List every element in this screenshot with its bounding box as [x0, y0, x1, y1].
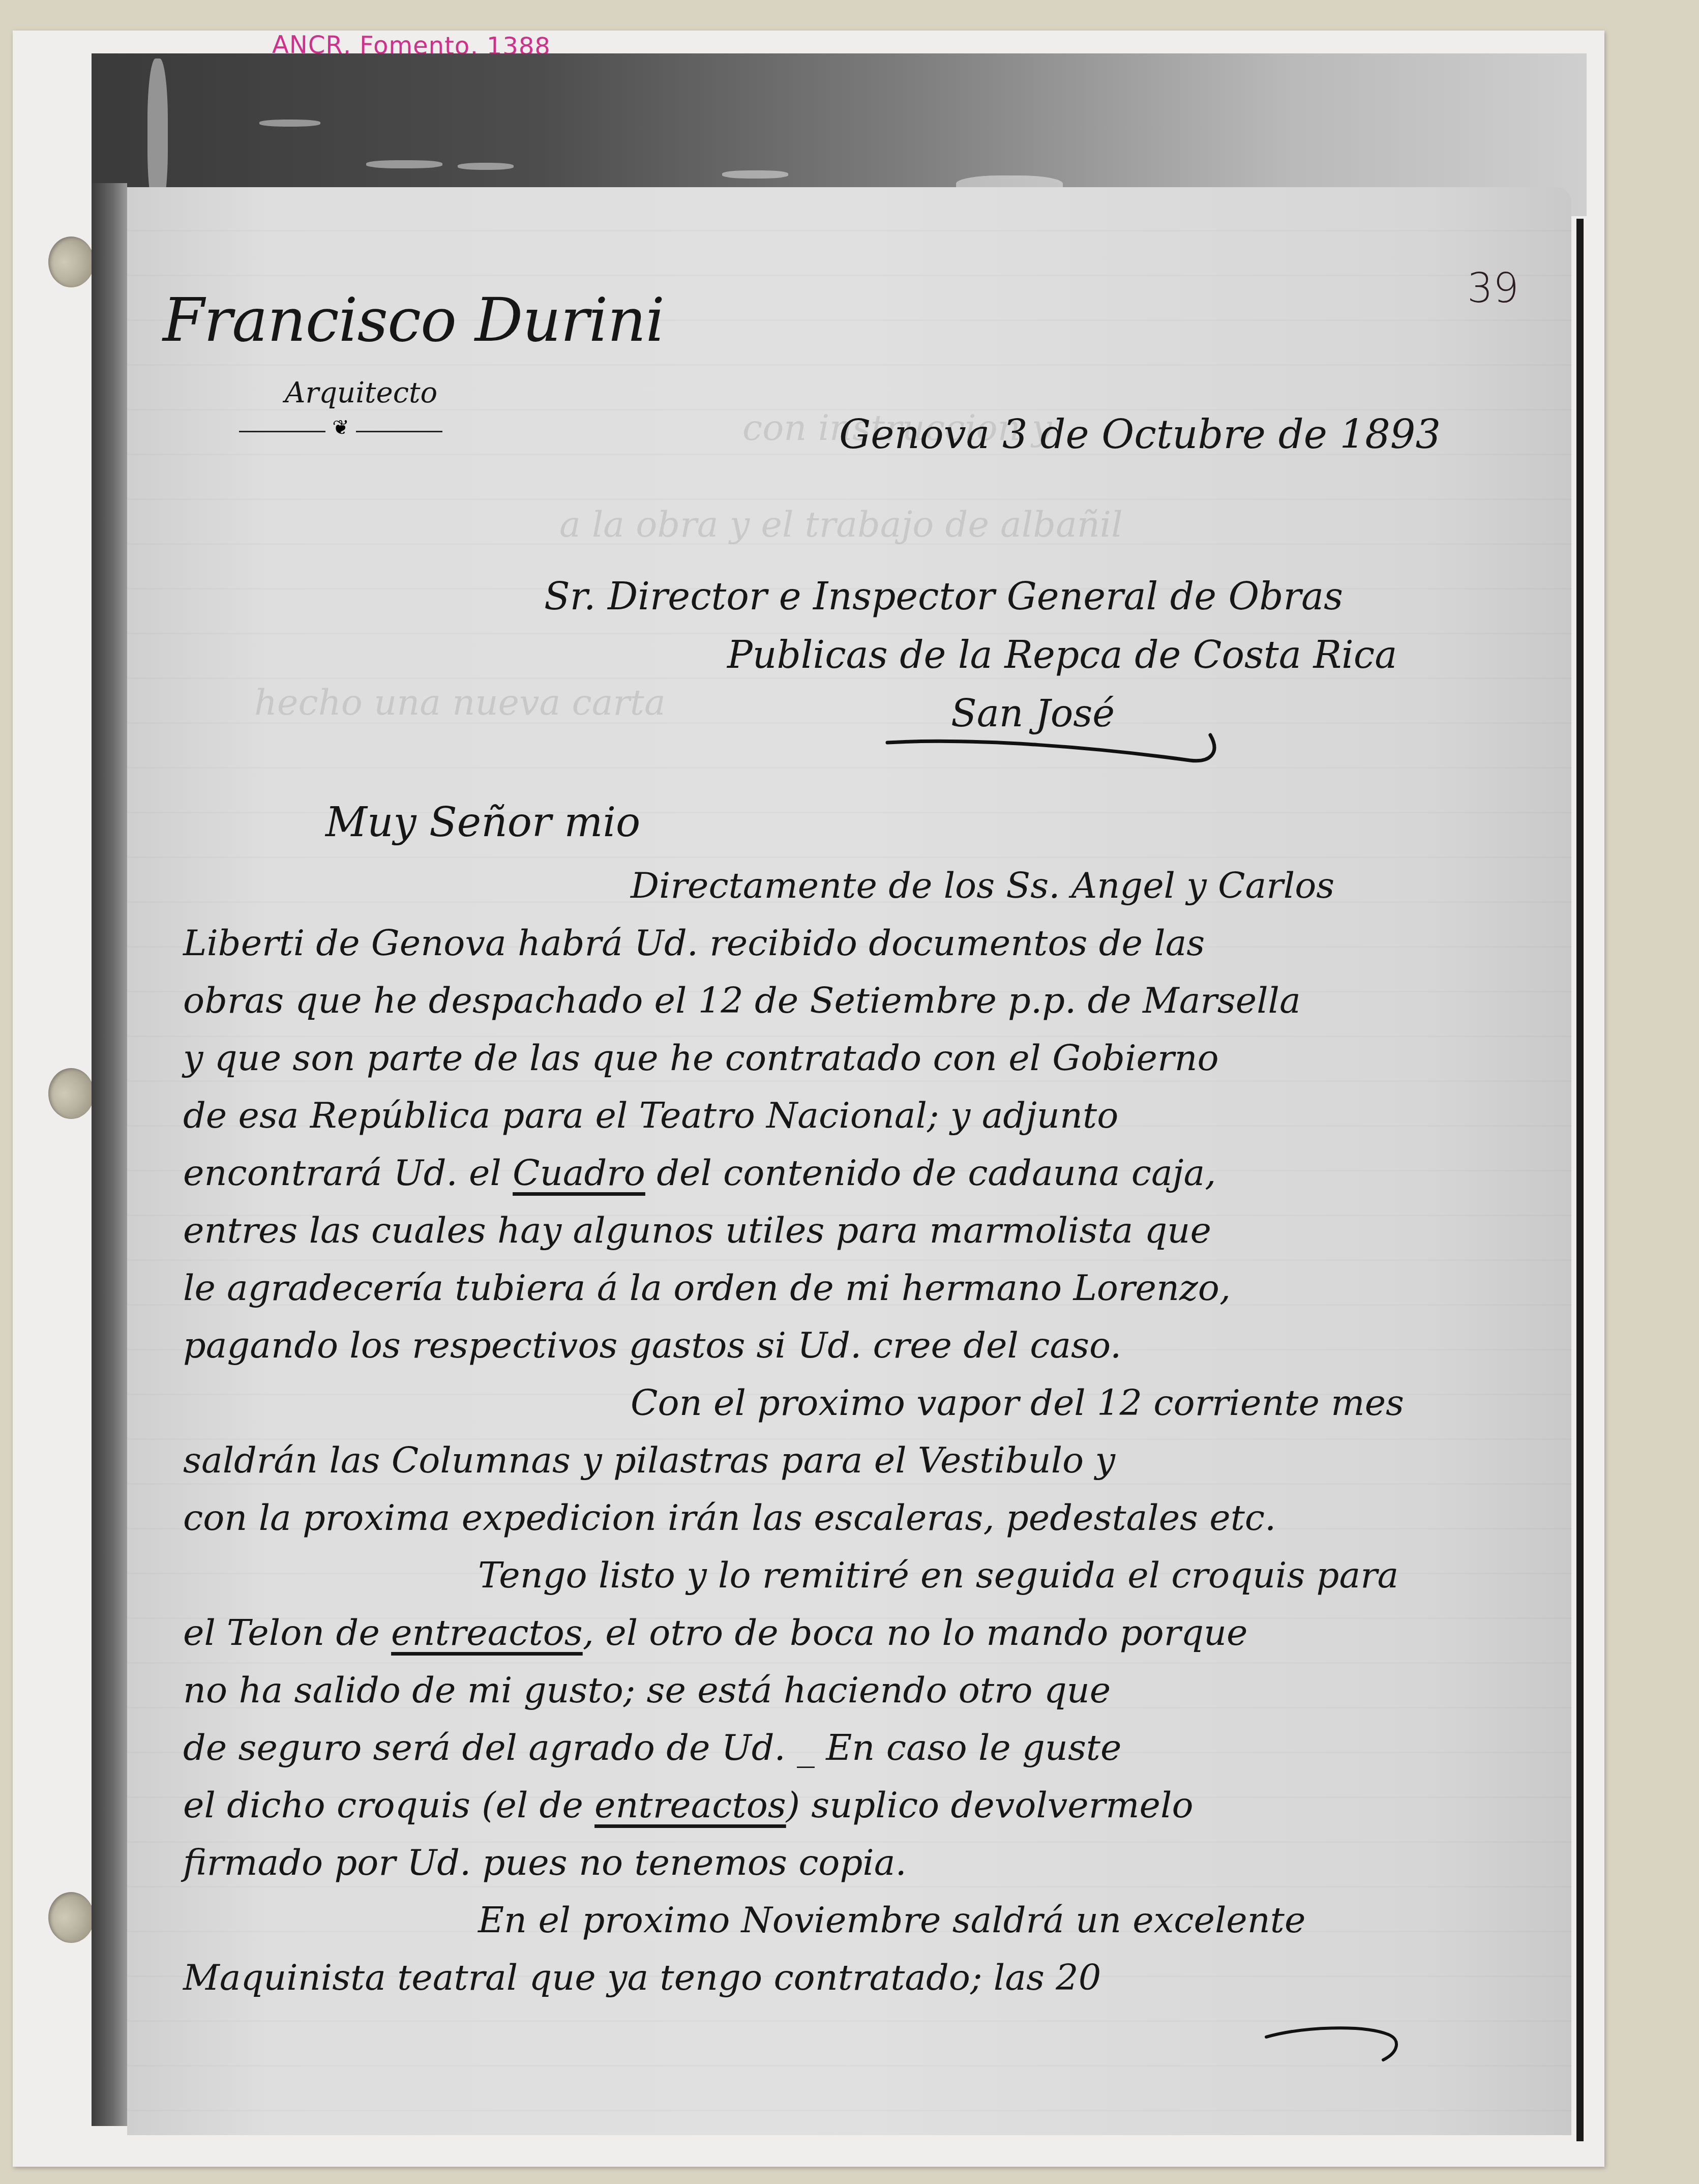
body-line: de seguro será del agrado de Ud. _ En ca…	[183, 1719, 1485, 1777]
punch-hole-top	[48, 237, 94, 287]
body-line: encontrará Ud. el Cuadro del contenido d…	[183, 1144, 1485, 1202]
body-line: Directamente de los Ss. Angel y Carlos	[183, 857, 1485, 914]
body-line: obras que he despachado el 12 de Setiemb…	[183, 972, 1485, 1029]
body-line: Tengo listo y lo remitiré en seguida el …	[183, 1547, 1485, 1604]
page-number: 39	[1467, 264, 1519, 312]
body-line: saldrán las Columnas y pilastras para el…	[183, 1432, 1485, 1489]
closing-flourish	[1261, 2024, 1404, 2085]
addressee-flourish	[885, 732, 1241, 768]
body-line: no ha salido de mi gusto; se está hacien…	[183, 1662, 1485, 1719]
body-line: y que son parte de las que he contratado…	[183, 1029, 1485, 1087]
underlined-word: Cuadro	[513, 1152, 645, 1194]
body-line: Maquinista teatral que ya tengo contrata…	[183, 1949, 1485, 2006]
photocopy-left-edge	[92, 183, 127, 2126]
bleed-through-text: hecho una nueva carta	[254, 682, 666, 723]
body-line: firmado por Ud. pues no tenemos copia.	[183, 1834, 1485, 1892]
body-line: el dicho croquis (el de entreactos) supl…	[183, 1777, 1485, 1834]
body-line: Liberti de Genova habrá Ud. recibido doc…	[183, 914, 1485, 972]
bleed-through-text: a la obra y el trabajo de albañil	[559, 504, 1123, 545]
body-line: En el proximo Noviembre saldrá un excele…	[183, 1892, 1485, 1949]
body-line: pagando los respectivos gastos si Ud. cr…	[183, 1317, 1485, 1374]
addressee-line-2: Publicas de la Repca de Costa Rica	[727, 633, 1397, 677]
letterhead-name: Francisco Durini	[163, 285, 664, 355]
addressee-line-3: San José	[951, 692, 1115, 735]
addressee-line-1: Sr. Director e Inspector General de Obra…	[544, 575, 1343, 618]
body-line: Con el proximo vapor del 12 corriente me…	[183, 1374, 1485, 1432]
punch-hole-middle	[48, 1068, 94, 1119]
letterhead-title: Arquitecto	[285, 376, 437, 409]
photocopy-right-edge	[1576, 219, 1584, 2141]
salutation: Muy Señor mio	[325, 799, 640, 846]
body-line: entres las cuales hay algunos utiles par…	[183, 1202, 1485, 1259]
dateline: Genova 3 de Octubre de 1893	[839, 412, 1441, 458]
body-line: le agradecería tubiera á la orden de mi …	[183, 1259, 1485, 1317]
ornament-rule-right	[356, 431, 442, 432]
body-line: el Telon de entreactos, el otro de boca …	[183, 1604, 1485, 1662]
letterhead-ornament: ❦	[239, 425, 442, 440]
body-line: con la proxima expedicion irán las escal…	[183, 1489, 1485, 1547]
underlined-word: entreactos	[594, 1784, 786, 1826]
letter-body: Directamente de los Ss. Angel y Carlos L…	[183, 857, 1485, 2006]
fleuron-icon: ❦	[331, 418, 351, 438]
underlined-word: entreactos	[391, 1612, 583, 1654]
punch-hole-bottom	[48, 1892, 94, 1943]
ornament-rule-left	[239, 431, 325, 432]
body-line: de esa República para el Teatro Nacional…	[183, 1087, 1485, 1144]
